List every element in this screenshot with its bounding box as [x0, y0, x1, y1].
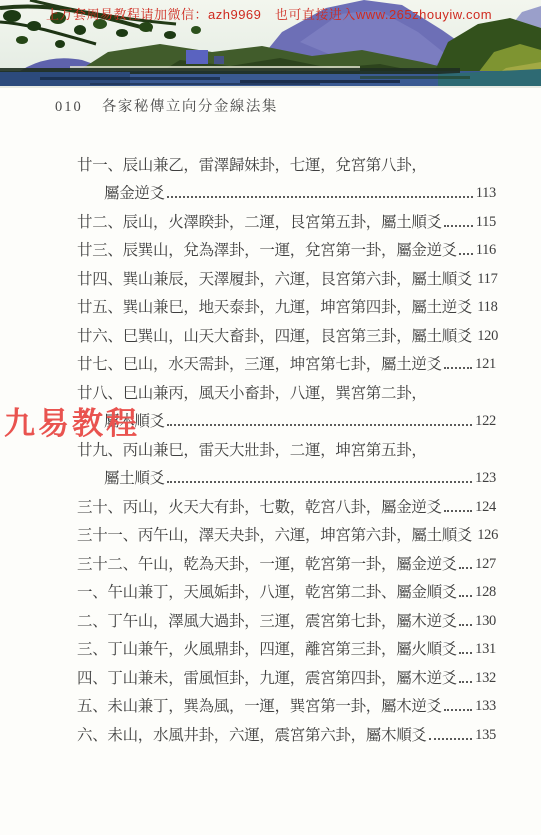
toc-line: 一、午山兼丁，天風姤卦，八運，乾宮第二卦、屬金順爻128 [77, 574, 496, 603]
dots-leader [459, 652, 472, 654]
dots-leader [459, 595, 472, 597]
toc-page-number: 120 [477, 328, 498, 346]
toc-line: 六、未山，水風井卦，六運，震宮第六卦，屬木順爻135 [77, 716, 496, 745]
dots-leader [167, 481, 472, 483]
page-number: 010 [55, 99, 83, 115]
book-title: 各家秘傳立向分金線法集 [102, 99, 278, 115]
toc-entry-text: 三十一、丙午山，澤天夬卦，六運，坤宮第六卦，屬土順爻 [77, 523, 472, 545]
toc-entry-text: 屬金逆爻 [104, 181, 165, 203]
toc-entry-text: 廿五、巽山兼巳，地天泰卦，九運，坤宮第四卦，屬土逆爻 [77, 295, 472, 317]
toc-entry-text: 三十、丙山，火天大有卦，七數，乾宮八卦，屬金逆爻 [77, 495, 442, 517]
toc-page-number: 113 [476, 185, 496, 203]
toc-page-number: 132 [475, 670, 496, 688]
toc-page-number: 121 [475, 356, 496, 374]
toc-entry-text: 四、丁山兼未，雷風恒卦，九運，震宮第四卦，屬木逆爻 [77, 666, 457, 688]
dots-leader [459, 681, 472, 683]
toc-line: 三十二、午山，乾為天卦，一運，乾宮第一卦，屬金逆爻127 [77, 545, 496, 574]
dots-leader [459, 624, 472, 626]
dots-leader [444, 709, 472, 711]
toc-entry-text: 廿四、巽山兼辰，天澤履卦，六運，艮宮第六卦，屬土順爻 [77, 267, 472, 289]
toc-line: 廿二、辰山，火澤睽卦，二運，艮宮第五卦，屬土順爻115 [77, 203, 496, 232]
toc-page-number: 115 [476, 214, 496, 232]
toc-page-number: 130 [475, 613, 496, 631]
toc-line: 廿四、巽山兼辰，天澤履卦，六運，艮宮第六卦，屬土順爻117 [77, 260, 496, 289]
toc-page-number: 131 [475, 641, 496, 659]
toc-line: 三十一、丙午山，澤天夬卦，六運，坤宮第六卦，屬土順爻126 [77, 517, 496, 546]
banner-text: 上万套周易教程请加微信：azh9969 也可直接进入www.265zhouyiw… [46, 4, 492, 23]
toc-entry-text: 五、未山兼丁，巽為風，一運，巽宮第一卦，屬木逆爻 [77, 694, 442, 716]
dots-leader [429, 738, 473, 740]
page-header: 010 各家秘傳立向分金線法集 [55, 95, 278, 116]
toc-page-number: 122 [475, 413, 496, 431]
toc-page-number: 133 [475, 698, 496, 716]
toc-page-number: 135 [475, 727, 496, 745]
dots-leader [444, 510, 472, 512]
toc-line: 廿六、巳巽山，山天大畜卦，四運，艮宮第三卦，屬土順爻120 [77, 317, 496, 346]
toc-page-number: 124 [475, 499, 496, 517]
toc-line: 三、丁山兼午，火風鼎卦，四運，離宮第三卦，屬火順爻131 [77, 631, 496, 660]
toc-line: 廿七、巳山，水天需卦，三運，坤宮第七卦，屬土逆爻121 [77, 346, 496, 375]
toc-line: 屬土順爻123 [77, 460, 496, 489]
toc-page-number: 126 [477, 527, 498, 545]
dots-leader [444, 367, 472, 369]
toc-entry-text: 三十二、午山，乾為天卦，一運，乾宮第一卦，屬金逆爻 [77, 552, 457, 574]
toc-entry-text: 廿七、巳山，水天需卦，三運，坤宮第七卦，屬土逆爻 [77, 352, 442, 374]
toc-entry-text: 廿六、巳巽山，山天大畜卦，四運，艮宮第三卦，屬土順爻 [77, 324, 472, 346]
toc-line: 四、丁山兼未，雷風恒卦，九運，震宮第四卦，屬木逆爻132 [77, 659, 496, 688]
toc-line: 三十、丙山，火天大有卦，七數，乾宮八卦，屬金逆爻124 [77, 488, 496, 517]
dots-leader [444, 225, 473, 227]
toc-entry-text: 廿二、辰山，火澤睽卦，二運，艮宮第五卦，屬土順爻 [77, 210, 442, 232]
toc-entry-text: 廿三、辰巽山，兌為澤卦，一運，兌宮第一卦，屬金逆爻 [77, 238, 457, 260]
dots-leader [167, 424, 472, 426]
toc-entry-text: 一、午山兼丁，天風姤卦，八運，乾宮第二卦、屬金順爻 [77, 580, 457, 602]
toc-entry-text: 三、丁山兼午，火風鼎卦，四運，離宮第三卦，屬火順爻 [77, 637, 457, 659]
toc-line: 二、丁午山，澤風大過卦，三運，震宮第七卦，屬木逆爻130 [77, 602, 496, 631]
dots-leader [459, 567, 472, 569]
toc-line: 廿一、辰山兼乙，雷澤歸妹卦，七運，兌宮第八卦， [77, 146, 496, 175]
dots-leader [167, 196, 473, 198]
toc-entry-text: 六、未山，水風井卦，六運，震宮第六卦，屬木順爻 [77, 723, 427, 745]
toc-page-number: 128 [475, 584, 496, 602]
toc-page-number: 127 [475, 556, 496, 574]
toc-entry-text: 屬土順爻 [104, 466, 165, 488]
toc-entry-text: 二、丁午山，澤風大過卦，三運，震宮第七卦，屬木逆爻 [77, 609, 457, 631]
toc-page-number: 116 [476, 242, 496, 260]
toc-page-number: 117 [477, 271, 497, 289]
toc-page-number: 118 [477, 299, 497, 317]
dots-leader [459, 253, 473, 255]
toc-entry-text: 廿一、辰山兼乙，雷澤歸妹卦，七運，兌宮第八卦， [77, 153, 427, 175]
toc-line: 廿五、巽山兼巳，地天泰卦，九運，坤宮第四卦，屬土逆爻118 [77, 289, 496, 318]
toc-line: 五、未山兼丁，巽為風，一運，巽宮第一卦，屬木逆爻133 [77, 688, 496, 717]
toc-list: 廿一、辰山兼乙，雷澤歸妹卦，七運，兌宮第八卦，屬金逆爻113廿二、辰山，火澤睽卦… [77, 146, 496, 745]
toc-page-number: 123 [475, 470, 496, 488]
toc-line: 屬金逆爻113 [77, 175, 496, 204]
toc-line: 廿三、辰巽山，兌為澤卦，一運，兌宮第一卦，屬金逆爻116 [77, 232, 496, 261]
watermark-text: 九易教程 [4, 398, 140, 443]
